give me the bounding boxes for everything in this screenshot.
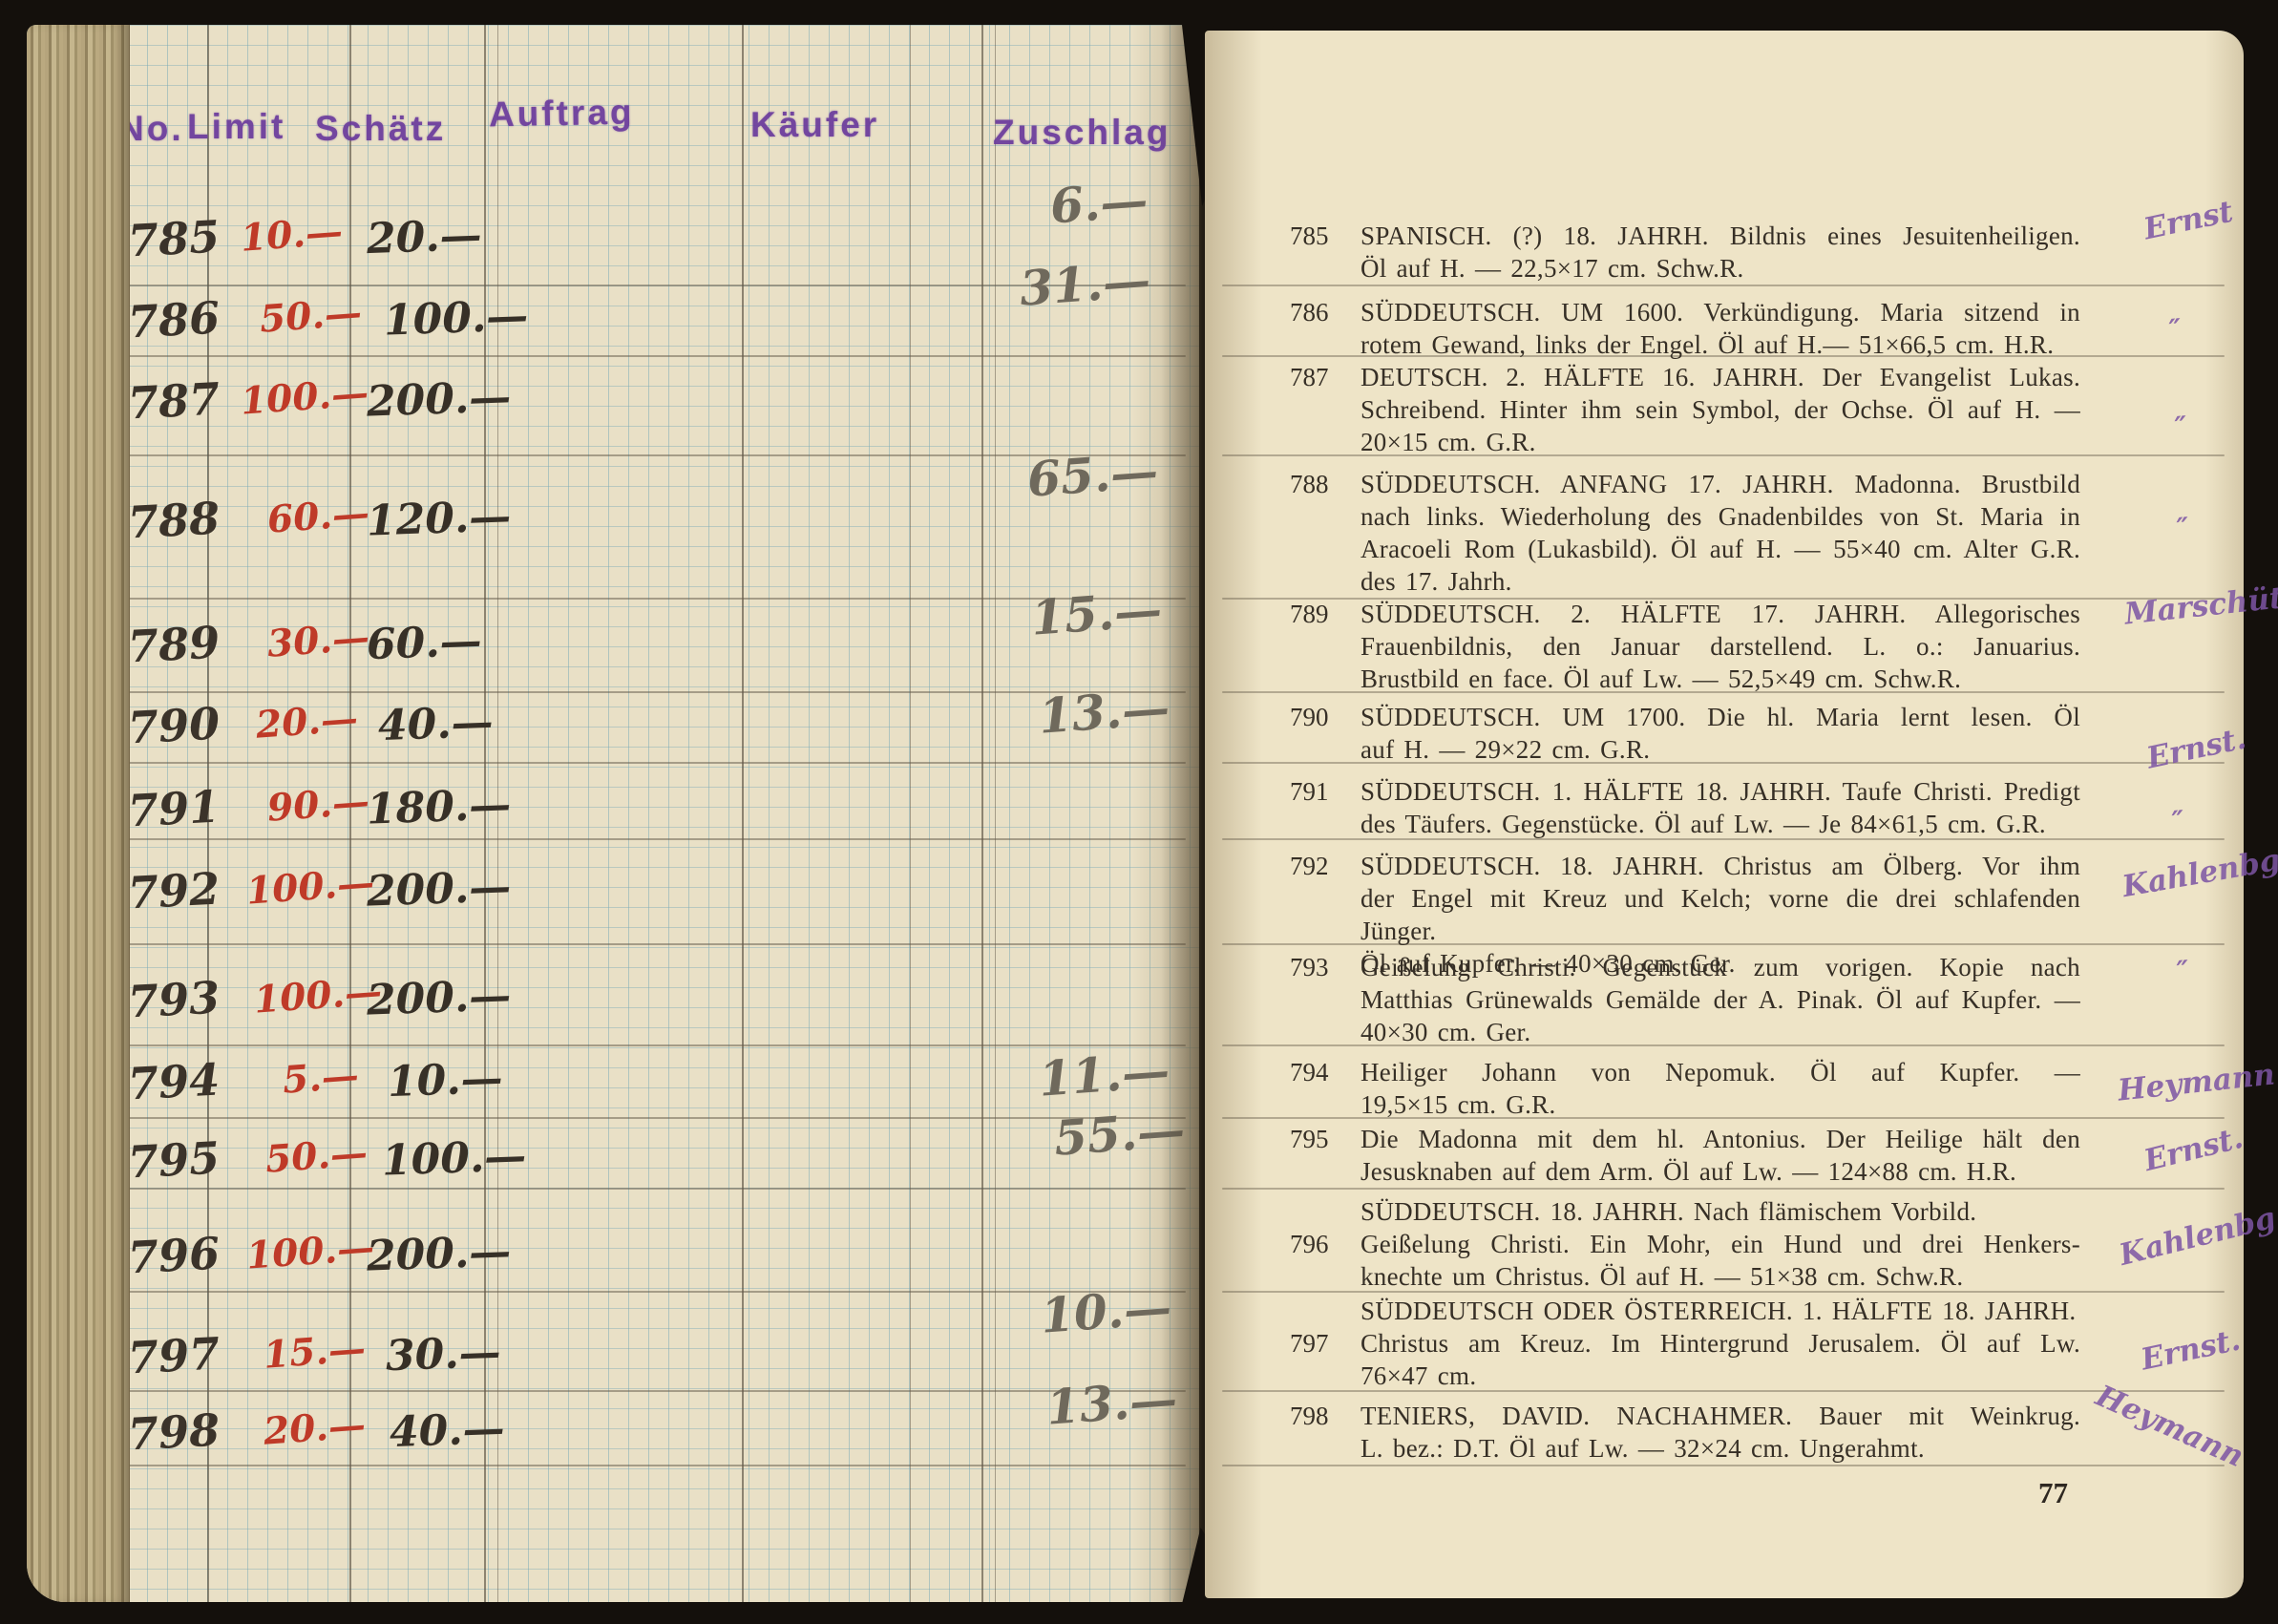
entry-line: L. bez.: D.T. Öl auf Lw. — 32×24 cm. Ung…	[1360, 1432, 2080, 1465]
limit-value: 100.—	[240, 370, 370, 423]
zuschlag-value: 13.—	[1044, 1370, 1179, 1435]
zuschlag-value: 15.—	[1029, 580, 1164, 645]
limit-value: 20.—	[255, 696, 360, 747]
entry-line: Jesusknaben auf dem Arm. Öl auf Lw. — 12…	[1360, 1155, 2080, 1188]
table-row: 788 60.— 120.—	[27, 495, 1199, 550]
entry-line: Christus am Kreuz. Im Hintergrund Jerusa…	[1360, 1327, 2080, 1360]
limit-value: 90.—	[266, 779, 371, 830]
entry-line: 76×47 cm.	[1360, 1360, 2080, 1392]
ditto-mark: ″	[2176, 955, 2190, 987]
entry-number: 792	[1290, 850, 1329, 882]
buyer-annotation: Ernst.	[2143, 721, 2248, 775]
table-row: 794 5.— 10.—	[27, 1056, 1199, 1111]
entry-number: 788	[1290, 468, 1329, 500]
schaetz-value: 60.—	[366, 617, 482, 669]
entry-line: Öl auf H. — 22,5×17 cm. Schw.R.	[1360, 252, 2080, 285]
lot-number: 785	[127, 211, 221, 267]
catalog-entry: 786 SÜDDEUTSCH. UM 1600. Verkündigung. M…	[1360, 296, 2080, 361]
entry-line: SÜDDEUTSCH. 2. HÄLFTE 17. JAHRH. Allegor…	[1360, 598, 2080, 630]
limit-value: 10.—	[240, 209, 345, 260]
limit-value: 100.—	[245, 1225, 376, 1277]
entry-line: SÜDDEUTSCH. ANFANG 17. JAHRH. Madonna. B…	[1360, 468, 2080, 500]
schaetz-value: 200.—	[366, 971, 512, 1024]
catalog-right-page: 785 SPANISCH. (?) 18. JAHRH. Bildnis ein…	[1205, 31, 2244, 1598]
ruled-line	[126, 598, 1186, 600]
entry-line: SÜDDEUTSCH. UM 1700. Die hl. Maria lernt…	[1360, 701, 2080, 733]
buyer-annotation: Kahlenbg.	[2120, 841, 2278, 904]
limit-value: 100.—	[253, 969, 384, 1022]
lot-number: 795	[127, 1132, 221, 1189]
ruled-line	[126, 691, 1186, 693]
catalog-entry: 794 Heiliger Johann von Nepomuk. Öl auf …	[1360, 1056, 2080, 1121]
schaetz-value: 30.—	[385, 1328, 501, 1381]
lot-number: 798	[127, 1404, 221, 1461]
ditto-mark: ″	[2176, 512, 2190, 544]
entry-number: 787	[1290, 361, 1329, 393]
lot-number: 793	[127, 972, 221, 1028]
entry-number: 797	[1290, 1327, 1329, 1360]
lot-number: 786	[127, 292, 221, 348]
catalog-entry: 790 SÜDDEUTSCH. UM 1700. Die hl. Maria l…	[1360, 701, 2080, 766]
ruled-line	[126, 1117, 1186, 1119]
entry-line: des Täufers. Gegenstücke. Öl auf Lw. — J…	[1360, 808, 2080, 840]
table-row: 789 30.— 60.—	[27, 619, 1199, 674]
entry-line: Matthias Grünewalds Gemälde der A. Pinak…	[1360, 983, 2080, 1016]
entry-line: 40×30 cm. Ger.	[1360, 1016, 2080, 1048]
catalog-entry: 797 SÜDDEUTSCH ODER ÖSTERREICH. 1. HÄLFT…	[1360, 1295, 2080, 1392]
column-header-limit: Limit	[187, 107, 285, 147]
zuschlag-value: 11.—	[1037, 1042, 1171, 1107]
lot-number: 794	[127, 1054, 221, 1110]
schaetz-value: 200.—	[366, 862, 512, 916]
table-row: 793 100.— 200.—	[27, 974, 1199, 1029]
entry-line: der Engel mit Kreuz und Kelch; vorne die…	[1360, 882, 2080, 947]
ledger-left-page: No. Limit Schätz Auftrag Käufer Zuschlag…	[27, 25, 1199, 1602]
entry-line: 19,5×15 cm. G.R.	[1360, 1088, 2080, 1121]
entry-line: des 17. Jahrh.	[1360, 565, 2080, 598]
lot-number: 787	[127, 373, 221, 430]
zuschlag-value: 13.—	[1037, 679, 1171, 744]
entry-number: 796	[1290, 1228, 1329, 1260]
entry-line: Brustbild en face. Öl auf Lw. — 52,5×49 …	[1360, 663, 2080, 695]
zuschlag-value: 6.—	[1048, 172, 1150, 235]
schaetz-value: 180.—	[366, 780, 512, 833]
catalog-entry: 798 TENIERS, DAVID. NACHAHMER. Bauer mit…	[1360, 1400, 2080, 1465]
ruled-line	[126, 1291, 1186, 1293]
lot-number: 792	[127, 863, 221, 919]
buyer-annotation: Ernst.	[2141, 1121, 2246, 1178]
lot-number: 791	[127, 781, 221, 837]
lot-number: 796	[127, 1228, 221, 1284]
entry-number: 793	[1290, 951, 1329, 983]
lot-number: 790	[127, 698, 221, 754]
table-row: 796 100.— 200.—	[27, 1230, 1199, 1285]
zuschlag-value: 31.—	[1018, 251, 1152, 316]
schaetz-value: 40.—	[389, 1404, 505, 1457]
table-row: 787 100.— 200.—	[27, 375, 1199, 431]
entry-line: knechte um Christus. Öl auf H. — 51×38 c…	[1360, 1260, 2080, 1293]
entry-line: nach links. Wiederholung des Gnadenbilde…	[1360, 500, 2080, 533]
table-row: 797 15.— 30.—	[27, 1330, 1199, 1385]
ruled-line	[126, 1044, 1186, 1046]
table-row: 790 20.— 40.—	[27, 700, 1199, 755]
catalog-entry: 796 SÜDDEUTSCH. 18. JAHRH. Nach flämisch…	[1360, 1195, 2080, 1293]
limit-value: 50.—	[259, 290, 364, 341]
ruled-line	[126, 838, 1186, 840]
entry-header: SÜDDEUTSCH. 18. JAHRH. Nach flämischem V…	[1360, 1195, 2080, 1228]
entry-line: Frauenbildnis, den Januar darstellend. L…	[1360, 630, 2080, 663]
entry-line: SÜDDEUTSCH. 18. JAHRH. Christus am Ölber…	[1360, 850, 2080, 882]
column-header-schaetz: Schätz	[315, 109, 446, 149]
entry-number: 785	[1290, 220, 1329, 252]
entry-number: 791	[1290, 775, 1329, 808]
table-row: 798 20.— 40.—	[27, 1406, 1199, 1462]
schaetz-value: 100.—	[381, 1131, 527, 1185]
catalog-entry: 795 Die Madonna mit dem hl. Antonius. De…	[1360, 1123, 2080, 1188]
limit-value: 30.—	[266, 615, 371, 665]
schaetz-value: 20.—	[366, 211, 482, 264]
limit-value: 15.—	[263, 1326, 368, 1377]
ditto-mark: ″	[2171, 805, 2185, 837]
lot-number: 788	[127, 493, 221, 549]
schaetz-value: 100.—	[383, 291, 529, 345]
catalog-entry: 785 SPANISCH. (?) 18. JAHRH. Bildnis ein…	[1360, 220, 2080, 285]
ruled-line	[1222, 1465, 2225, 1466]
ruled-line	[126, 1390, 1186, 1392]
entry-number: 794	[1290, 1056, 1329, 1088]
ledger-book-spread: No. Limit Schätz Auftrag Käufer Zuschlag…	[0, 0, 2278, 1624]
catalog-entry: 787 DEUTSCH. 2. HÄLFTE 16. JAHRH. Der Ev…	[1360, 361, 2080, 458]
entry-line: Die Madonna mit dem hl. Antonius. Der He…	[1360, 1123, 2080, 1155]
ruled-line	[1222, 285, 2225, 286]
page-number: 77	[2038, 1476, 2068, 1510]
catalog-entry: 789 SÜDDEUTSCH. 2. HÄLFTE 17. JAHRH. All…	[1360, 598, 2080, 695]
table-row: 792 100.— 200.—	[27, 865, 1199, 920]
entry-header: SÜDDEUTSCH ODER ÖSTERREICH. 1. HÄLFTE 18…	[1360, 1295, 2080, 1327]
schaetz-value: 40.—	[377, 698, 494, 750]
limit-value: 60.—	[266, 491, 371, 541]
entry-line: rotem Gewand, links der Engel. Öl auf H.…	[1360, 328, 2080, 361]
buyer-annotation: Marschütz	[2123, 579, 2278, 631]
entry-line: SÜDDEUTSCH. UM 1600. Verkündigung. Maria…	[1360, 296, 2080, 328]
limit-value: 5.—	[281, 1053, 360, 1102]
entry-line: auf H. — 29×22 cm. G.R.	[1360, 733, 2080, 766]
lot-number: 789	[127, 617, 221, 673]
book-page-edges	[27, 25, 130, 1602]
entry-line: Aracoeli Rom (Lukasbild). Öl auf H. — 55…	[1360, 533, 2080, 565]
buyer-annotation: Heymann	[2091, 1379, 2248, 1474]
schaetz-value: 120.—	[366, 492, 512, 545]
entry-number: 786	[1290, 296, 1329, 328]
entry-line: Schreibend. Hinter ihm sein Symbol, der …	[1360, 393, 2080, 426]
column-header-kaeufer: Käufer	[750, 105, 879, 145]
ruled-line	[1222, 1188, 2225, 1190]
entry-line: Heiliger Johann von Nepomuk. Öl auf Kupf…	[1360, 1056, 2080, 1088]
limit-value: 100.—	[245, 860, 376, 913]
table-row: 791 90.— 180.—	[27, 783, 1199, 838]
table-row: 795 50.— 100.—	[27, 1134, 1199, 1190]
ruled-line	[126, 762, 1186, 764]
zuschlag-value: 65.—	[1025, 442, 1160, 507]
catalog-entry: 791 SÜDDEUTSCH. 1. HÄLFTE 18. JAHRH. Tau…	[1360, 775, 2080, 840]
entry-line: DEUTSCH. 2. HÄLFTE 16. JAHRH. Der Evange…	[1360, 361, 2080, 393]
ditto-mark: ″	[2174, 411, 2188, 443]
buyer-annotation: Kahlenbg.	[2116, 1198, 2278, 1273]
entry-number: 798	[1290, 1400, 1329, 1432]
buyer-annotation: Ernst.	[2138, 1322, 2243, 1377]
schaetz-value: 10.—	[387, 1054, 503, 1107]
limit-value: 50.—	[264, 1130, 369, 1181]
column-header-auftrag: Auftrag	[489, 93, 635, 136]
entry-line: SÜDDEUTSCH. 1. HÄLFTE 18. JAHRH. Taufe C…	[1360, 775, 2080, 808]
entry-number: 795	[1290, 1123, 1329, 1155]
entry-number: 790	[1290, 701, 1329, 733]
catalog-entry: 793 Geißelung Christi. Gegenstück zum vo…	[1360, 951, 2080, 1048]
column-header-zuschlag: Zuschlag	[993, 113, 1171, 153]
schaetz-value: 200.—	[366, 1227, 512, 1280]
entry-line: TENIERS, DAVID. NACHAHMER. Bauer mit Wei…	[1360, 1400, 2080, 1432]
ruled-line	[126, 355, 1186, 357]
entry-line: Geißelung Christi. Ein Mohr, ein Hund un…	[1360, 1228, 2080, 1260]
buyer-annotation: Ernst	[2141, 195, 2236, 247]
ruled-line	[126, 943, 1186, 945]
zuschlag-value: 10.—	[1039, 1278, 1173, 1343]
ditto-mark: ″	[2168, 313, 2183, 346]
entry-line: Geißelung Christi. Gegenstück zum vorige…	[1360, 951, 2080, 983]
lot-number: 797	[127, 1328, 221, 1384]
entry-line: 20×15 cm. G.R.	[1360, 426, 2080, 458]
entry-line: SPANISCH. (?) 18. JAHRH. Bildnis eines J…	[1360, 220, 2080, 252]
ruled-line	[126, 1465, 1186, 1466]
catalog-entry: 788 SÜDDEUTSCH. ANFANG 17. JAHRH. Madonn…	[1360, 468, 2080, 598]
schaetz-value: 200.—	[366, 372, 512, 426]
buyer-annotation: Heymann	[2117, 1057, 2277, 1107]
entry-number: 789	[1290, 598, 1329, 630]
limit-value: 20.—	[263, 1403, 368, 1453]
